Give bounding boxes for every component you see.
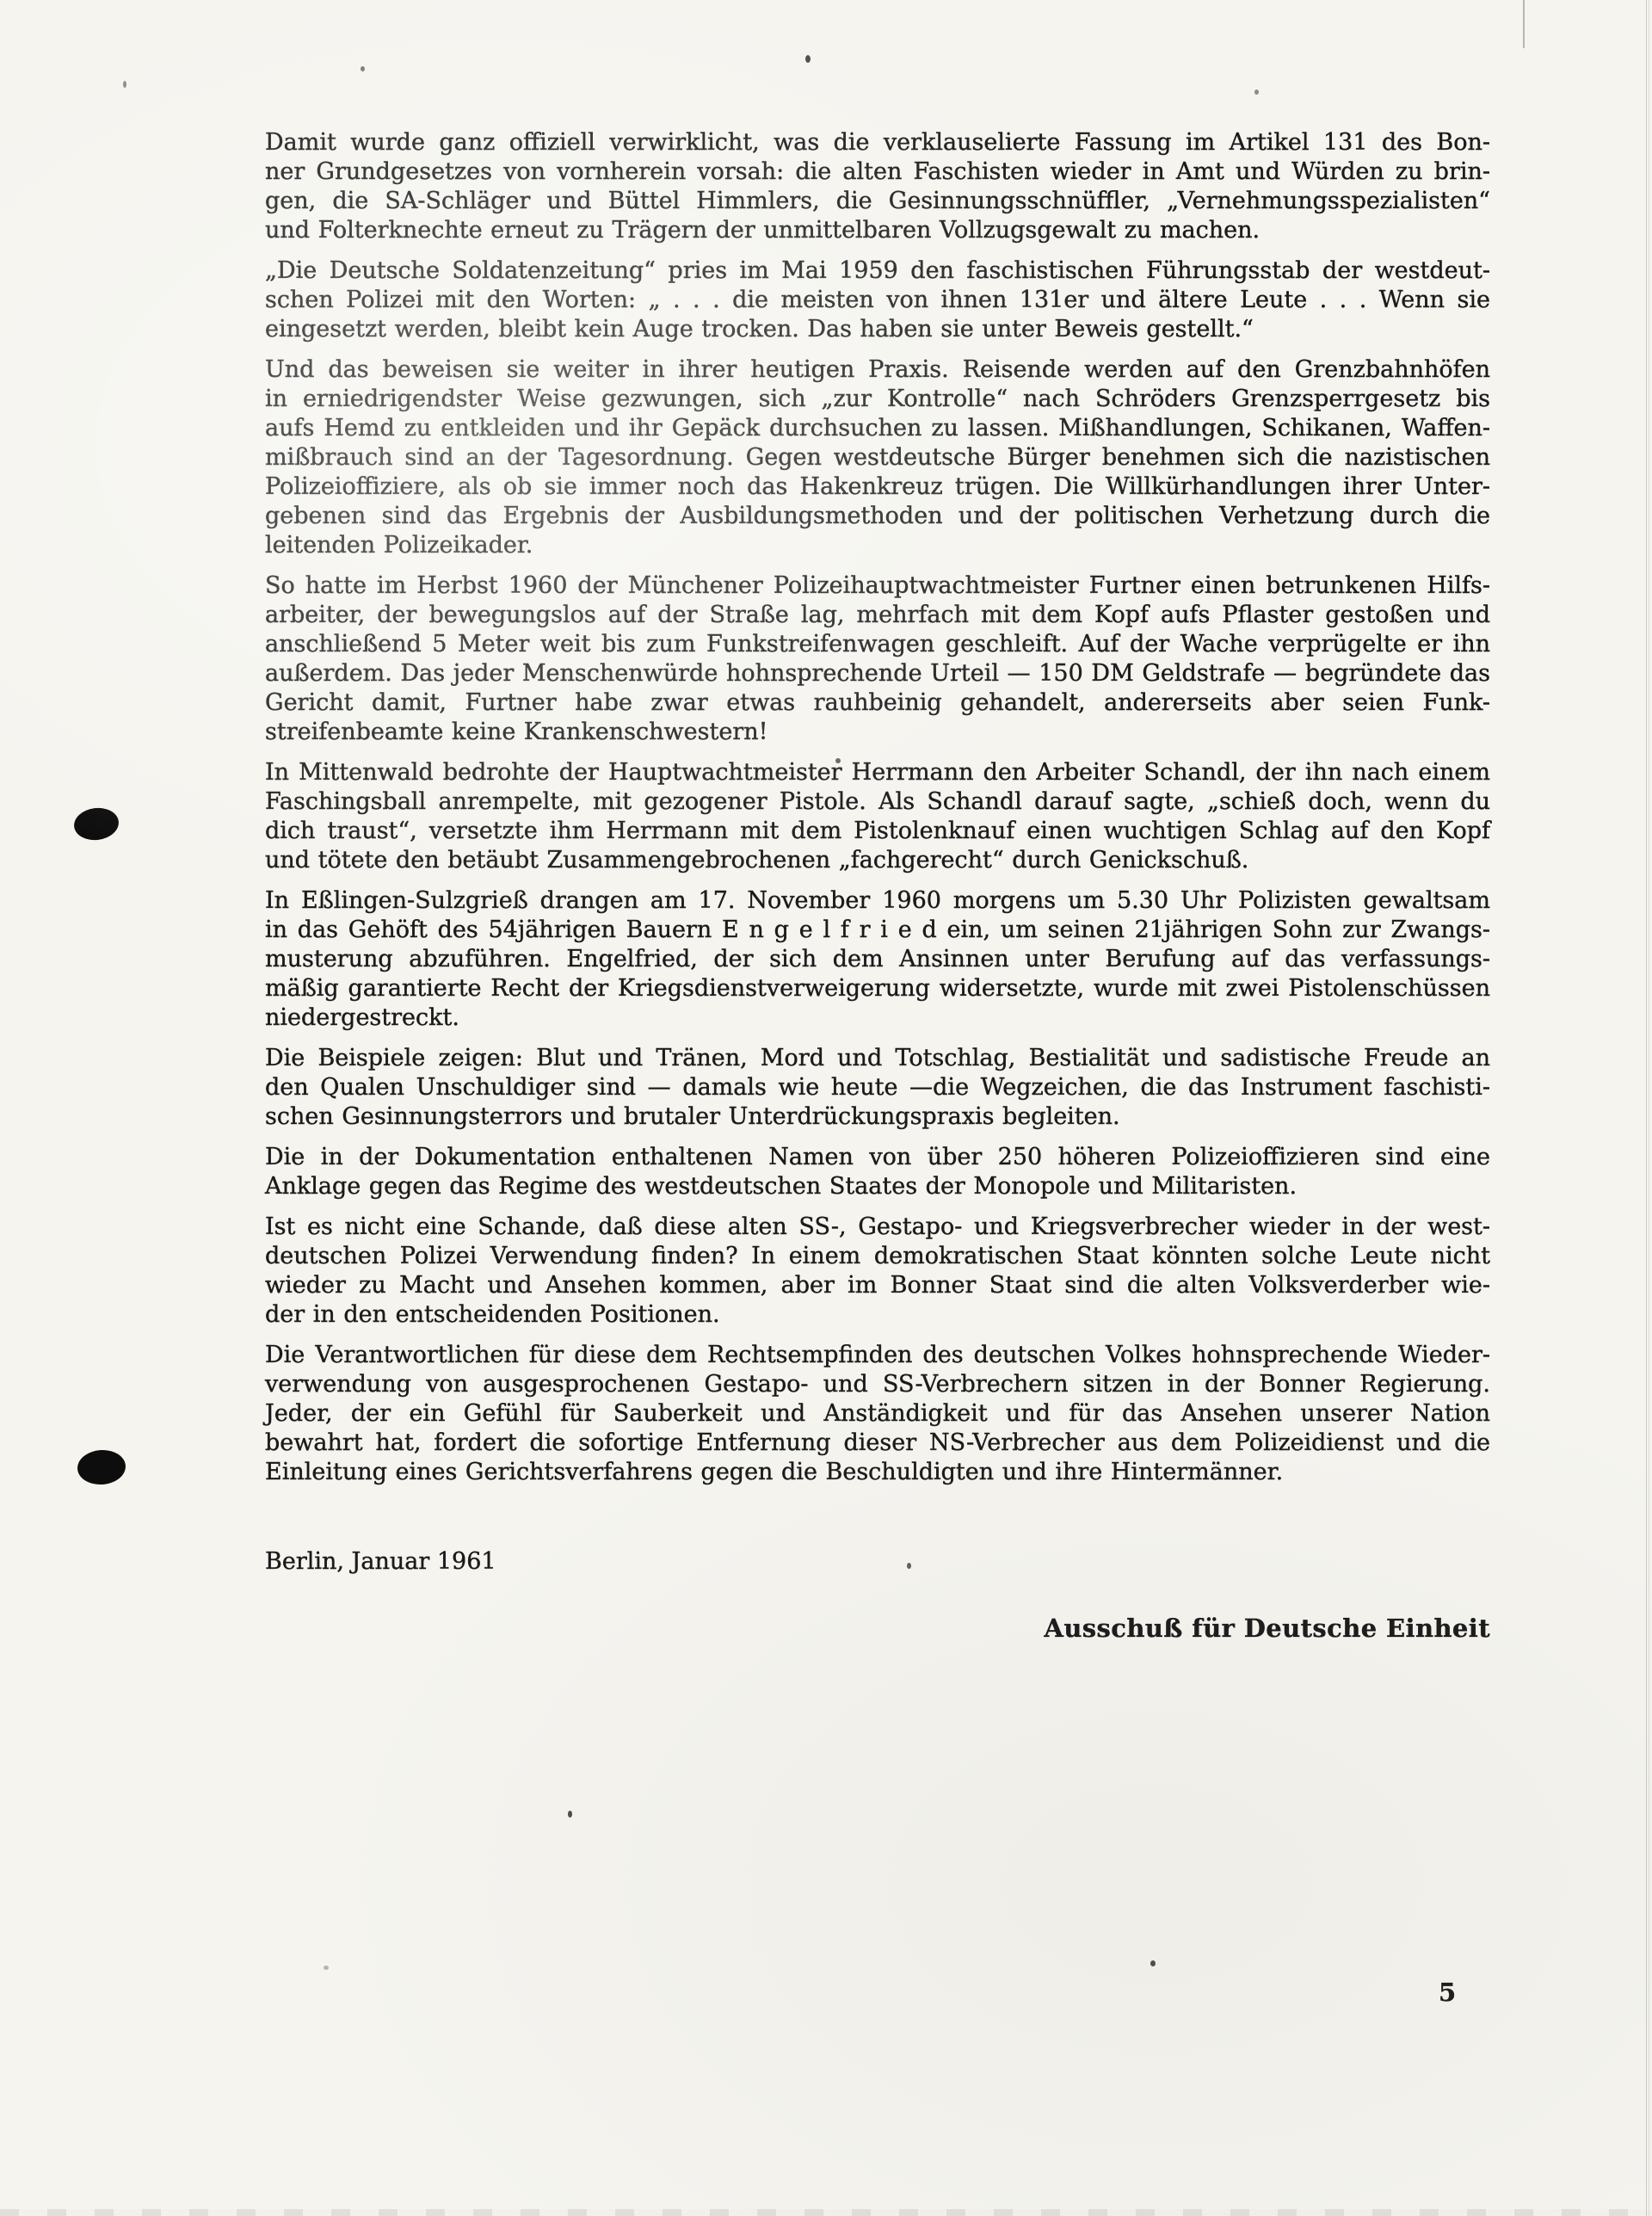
- text-line: schen Polizei mit den Worten: „ . . . di…: [265, 286, 1490, 315]
- punch-hole-top: [72, 806, 120, 843]
- paragraph: Damit wurde ganz offiziell verwirklicht,…: [265, 128, 1490, 245]
- text-line: Ist es nicht eine Schande, daß diese alt…: [265, 1213, 1490, 1242]
- text-line: Die in der Dokumentation enthaltenen Nam…: [265, 1143, 1490, 1172]
- text-line: Damit wurde ganz offiziell verwirklicht,…: [265, 128, 1490, 157]
- text-line: Gericht damit, Furtner habe zwar etwas r…: [265, 688, 1490, 718]
- scan-speck: [1254, 90, 1259, 95]
- text-line: mißbrauch sind an der Tagesordnung. Gege…: [265, 443, 1490, 472]
- text-line: Polizeioffiziere, als ob sie immer noch …: [265, 472, 1490, 502]
- scan-speck: [805, 55, 811, 63]
- text-line: Die Beispiele zeigen: Blut und Tränen, M…: [265, 1044, 1490, 1073]
- text-line: Jeder, der ein Gefühl für Sauberkeit und…: [265, 1399, 1490, 1429]
- page-number: 5: [1439, 1978, 1456, 2007]
- paragraph: Die Beispiele zeigen: Blut und Tränen, M…: [265, 1044, 1490, 1132]
- text-line: deutschen Polizei Verwendung finden? In …: [265, 1242, 1490, 1271]
- text-block: Damit wurde ganz offiziell verwirklicht,…: [265, 128, 1490, 1644]
- text-line: musterung abzuführen. Engelfried, der si…: [265, 945, 1490, 974]
- text-line: Die Verantwortlichen für diese dem Recht…: [265, 1341, 1490, 1370]
- text-line: in das Gehöft des 54jährigen Bauern E n …: [265, 916, 1490, 945]
- text-line: arbeiter, der bewegungslos auf der Straß…: [265, 601, 1490, 630]
- text-line: eingesetzt werden, bleibt kein Auge troc…: [265, 315, 1490, 344]
- text-line: In Mittenwald bedrohte der Hauptwachtmei…: [265, 758, 1490, 787]
- signature: Ausschuß für Deutsche Einheit: [265, 1613, 1490, 1644]
- text-line: niedergestreckt.: [265, 1003, 1490, 1033]
- paragraph: So hatte im Herbst 1960 der Münchener Po…: [265, 571, 1490, 747]
- text-line: Einleitung eines Gerichtsverfahrens gege…: [265, 1458, 1490, 1487]
- scan-speck: [1150, 1960, 1156, 1966]
- scan-speck: [123, 81, 126, 88]
- scan-speck: [361, 66, 365, 71]
- paragraph: In Eßlingen-Sulzgrieß drangen am 17. Nov…: [265, 886, 1490, 1033]
- paragraph: Die Verantwortlichen für diese dem Recht…: [265, 1341, 1490, 1487]
- text-line: Und das beweisen sie weiter in ihrer heu…: [265, 355, 1490, 385]
- text-line: ner Grundgesetzes von vornherein vorsah:…: [265, 157, 1490, 187]
- scan-edge-bottom: [0, 2209, 1652, 2216]
- text-line: und Folterknechte erneut zu Trägern der …: [265, 216, 1490, 245]
- paragraph: Und das beweisen sie weiter in ihrer heu…: [265, 355, 1490, 560]
- text-line: Anklage gegen das Regime des westdeutsch…: [265, 1172, 1490, 1201]
- text-line: So hatte im Herbst 1960 der Münchener Po…: [265, 571, 1490, 601]
- scan-speck: [835, 758, 841, 763]
- paragraph: Ist es nicht eine Schande, daß diese alt…: [265, 1213, 1490, 1330]
- scan-edge-right: [1644, 0, 1652, 2216]
- scan-speck: [568, 1811, 572, 1818]
- text-line: anschließend 5 Meter weit bis zum Funkst…: [265, 630, 1490, 659]
- text-line: verwendung von ausgesprochenen Gestapo- …: [265, 1370, 1490, 1399]
- text-line: der in den entscheidenden Positionen.: [265, 1300, 1490, 1330]
- text-line: und tötete den betäubt Zusammengebrochen…: [265, 846, 1490, 875]
- text-line: leitenden Polizeikader.: [265, 531, 1490, 560]
- text-line: dich traust“, versetzte ihm Herrmann mit…: [265, 817, 1490, 846]
- punch-hole-bottom: [77, 1448, 127, 1486]
- text-line: wieder zu Macht und Ansehen kommen, aber…: [265, 1271, 1490, 1300]
- text-line: streifenbeamte keine Krankenschwestern!: [265, 718, 1490, 747]
- dateline: Berlin, Januar 1961: [265, 1547, 1490, 1577]
- text-line: den Qualen Unschuldiger sind — damals wi…: [265, 1073, 1490, 1102]
- text-line: außerdem. Das jeder Menschenwürde hohnsp…: [265, 659, 1490, 688]
- document-page: Damit wurde ganz offiziell verwirklicht,…: [0, 0, 1652, 2216]
- text-line: Faschingsball anrempelte, mit gezogener …: [265, 787, 1490, 817]
- paragraph: Die in der Dokumentation enthaltenen Nam…: [265, 1143, 1490, 1201]
- scan-streak: [1523, 0, 1525, 48]
- text-line: in erniedrigendster Weise gezwungen, sic…: [265, 385, 1490, 414]
- paragraph: In Mittenwald bedrohte der Hauptwachtmei…: [265, 758, 1490, 875]
- paragraph: „Die Deutsche Soldatenzeitung“ pries im …: [265, 256, 1490, 344]
- text-line: bewahrt hat, fordert die sofortige Entfe…: [265, 1429, 1490, 1458]
- text-line: aufs Hemd zu entkleiden und ihr Gepäck d…: [265, 414, 1490, 443]
- text-line: schen Gesinnungsterrors und brutaler Unt…: [265, 1102, 1490, 1132]
- text-line: In Eßlingen-Sulzgrieß drangen am 17. Nov…: [265, 886, 1490, 916]
- text-line: gen, die SA-Schläger und Büttel Himmlers…: [265, 187, 1490, 216]
- scan-speck: [324, 1966, 329, 1970]
- text-line: gebenen sind das Ergebnis der Ausbildung…: [265, 502, 1490, 531]
- text-line: „Die Deutsche Soldatenzeitung“ pries im …: [265, 256, 1490, 286]
- scan-speck: [907, 1563, 911, 1569]
- text-line: mäßig garantierte Recht der Kriegsdienst…: [265, 974, 1490, 1003]
